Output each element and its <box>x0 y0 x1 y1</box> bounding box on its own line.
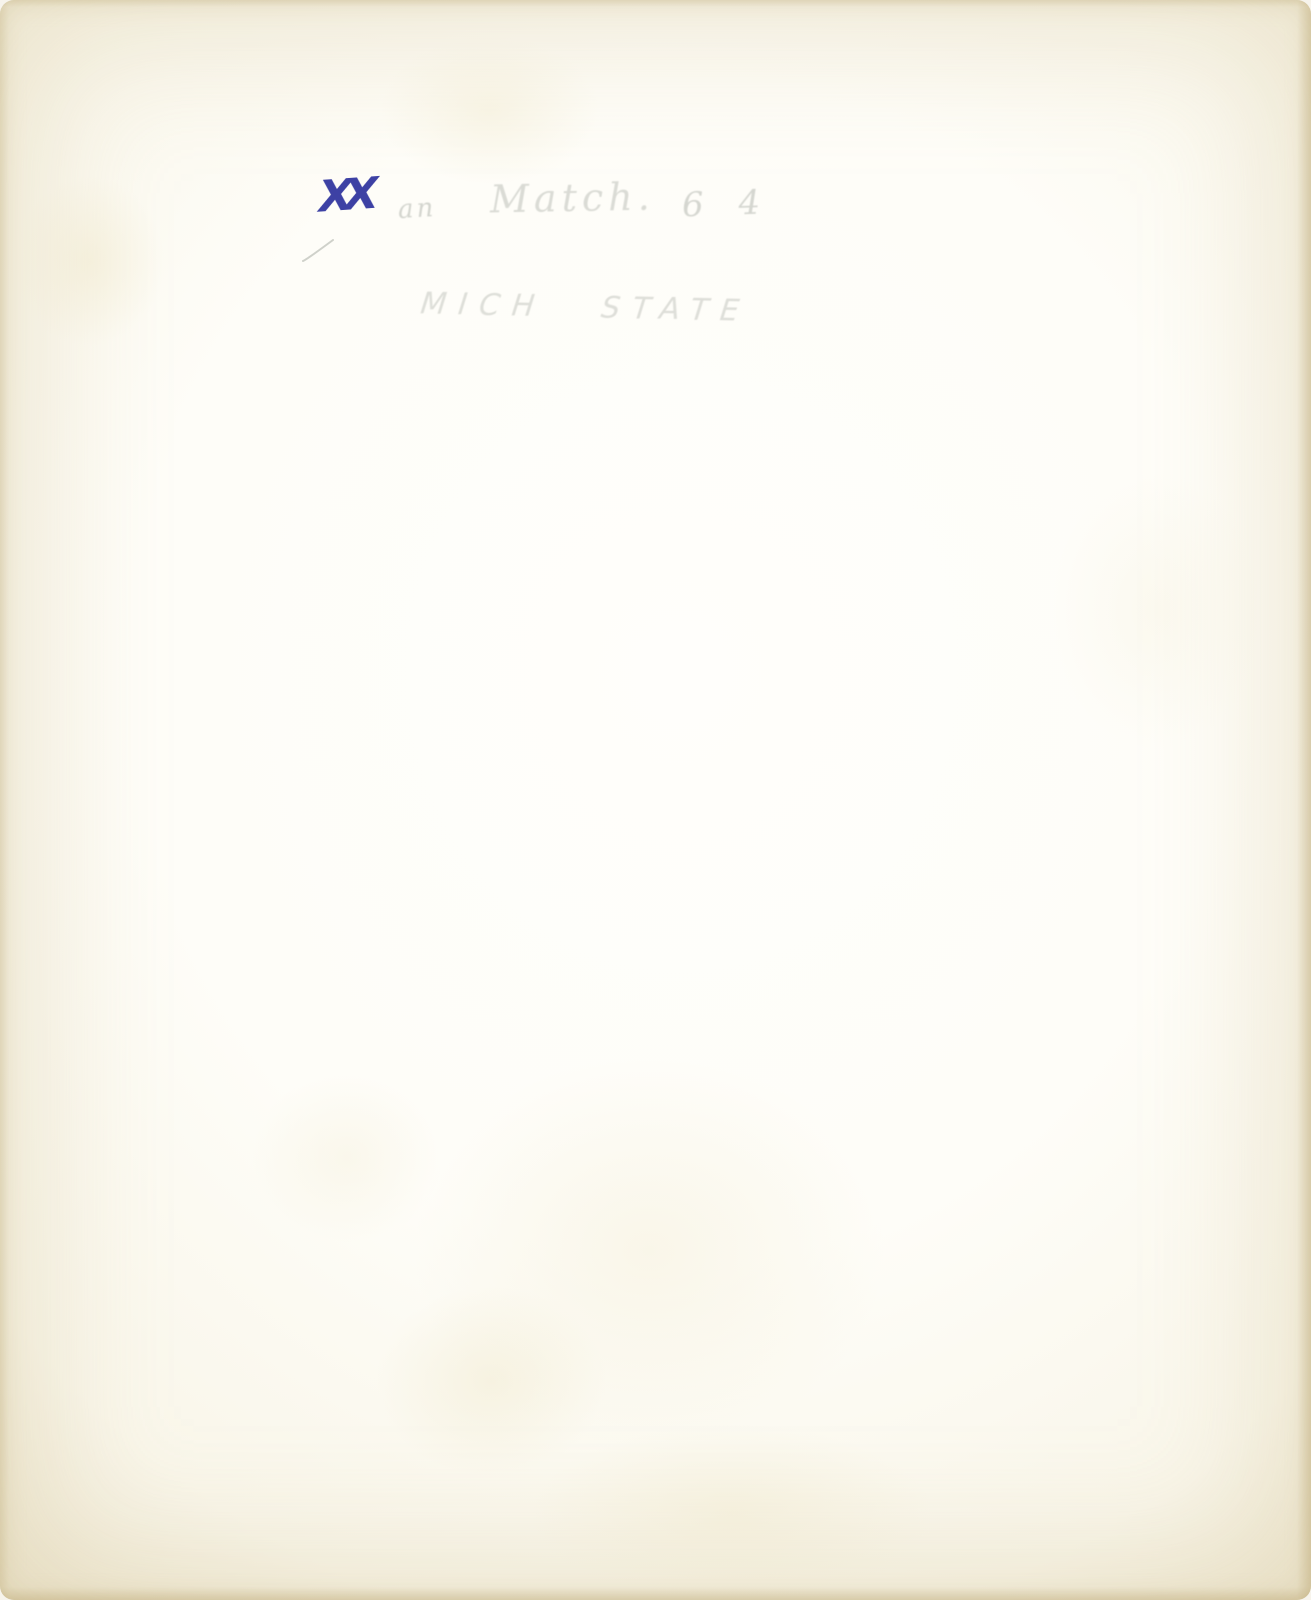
paper-stain <box>376 1286 606 1476</box>
paper-edge-bottom <box>0 1587 1311 1600</box>
pencil-word-2: Match. <box>490 175 655 222</box>
photo-back-paper: XX an Match. 6 4 MICH STATE <box>0 0 1311 1600</box>
pencil-tick-mark <box>297 235 341 265</box>
ink-xx-mark: XX <box>314 169 374 223</box>
pencil-handwriting-line2: MICH STATE <box>415 286 756 329</box>
pencil-word-3: 6 4 <box>681 183 760 226</box>
paper-stain <box>380 36 600 186</box>
paper-stain <box>532 1424 932 1600</box>
paper-edge-top <box>0 0 1311 7</box>
paper-stain <box>14 176 164 346</box>
paper-edge-left <box>0 0 9 1600</box>
paper-stain <box>414 1056 884 1446</box>
paper-stain <box>252 1072 442 1242</box>
paper-stain <box>1052 470 1262 750</box>
paper-edge-right <box>1297 0 1311 1600</box>
pencil-word-1: an <box>397 193 437 225</box>
